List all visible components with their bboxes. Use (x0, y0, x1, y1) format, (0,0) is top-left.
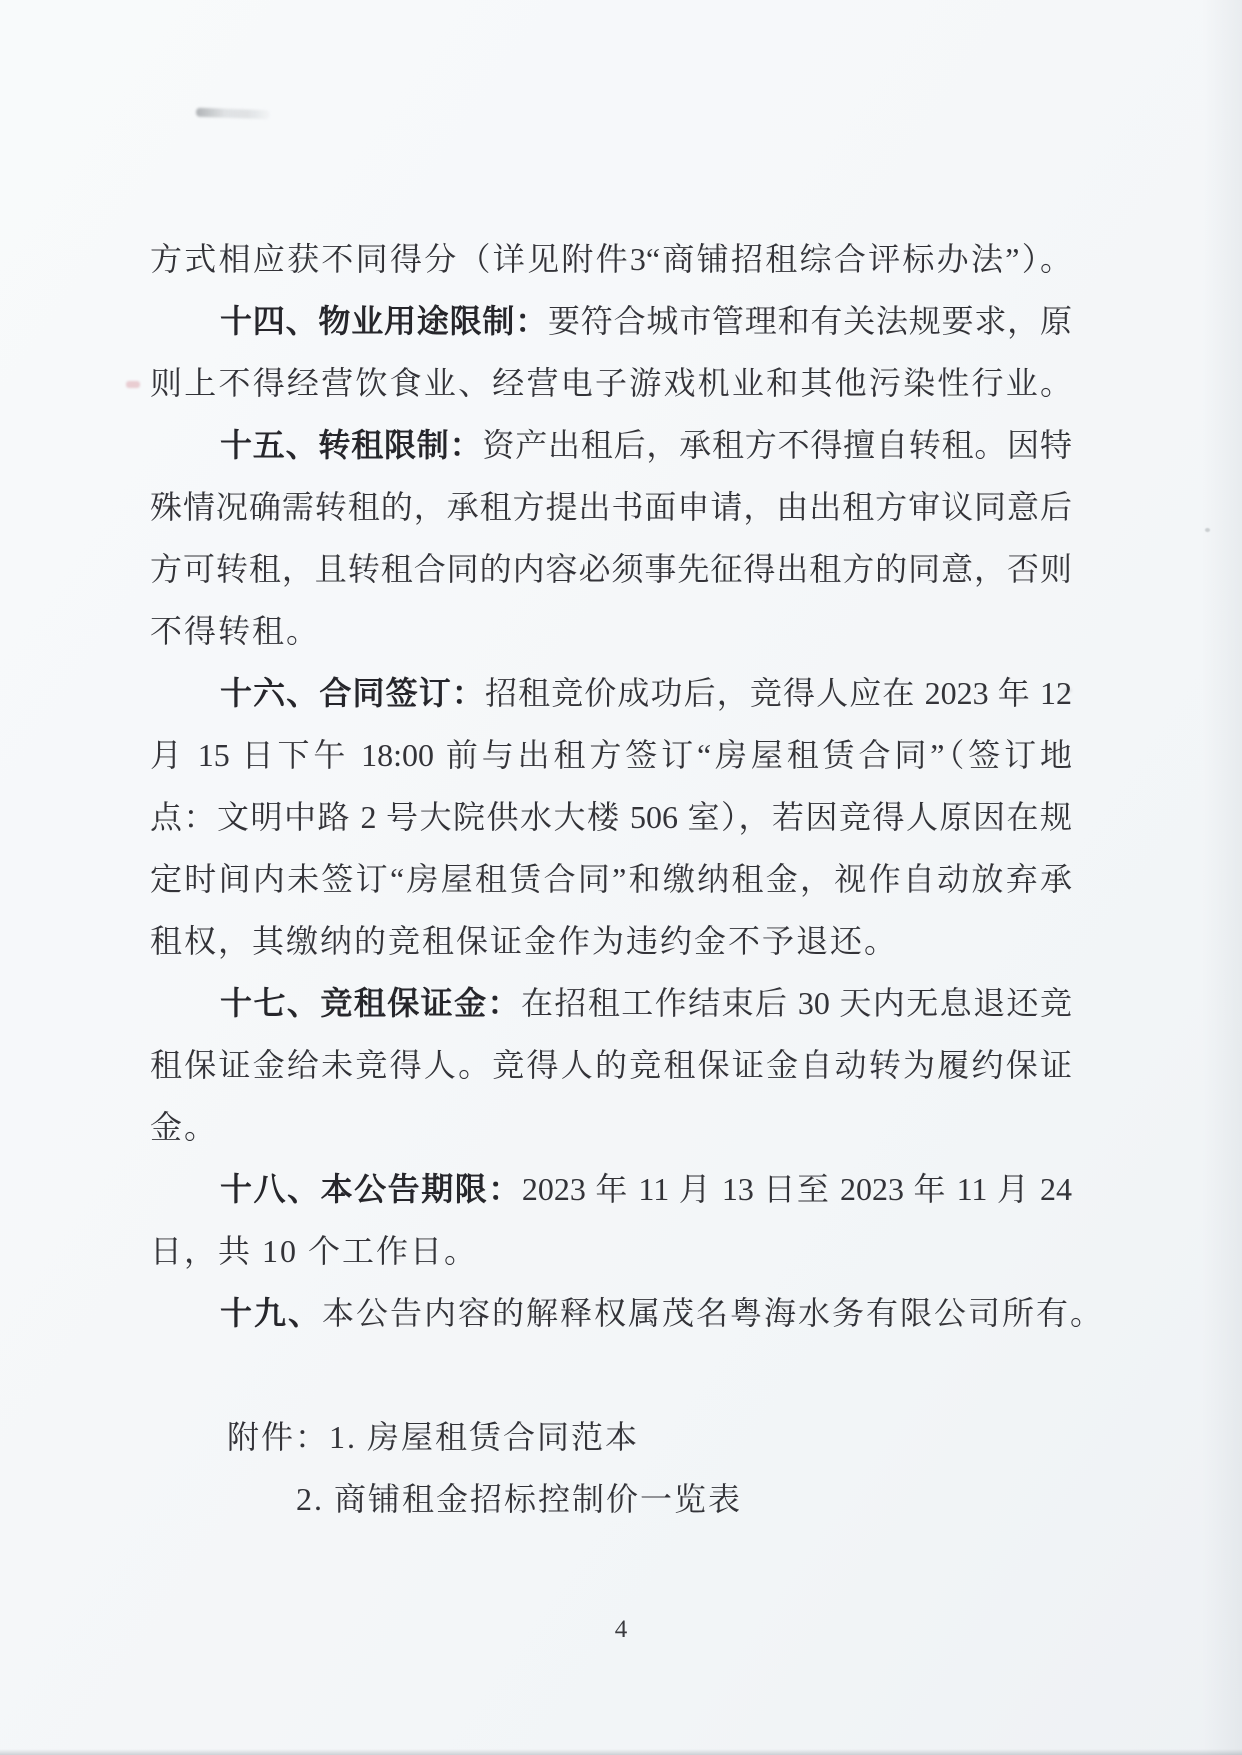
text-line: 不得转租。 (150, 600, 1072, 662)
text-line: 2. 商铺租金招标控制价一览表 (150, 1468, 1072, 1530)
body-text: 本公告内容的解释权属茂名粤海水务有限公司所有。 (322, 1295, 1104, 1331)
text-line: 定时间内未签订“房屋租赁合同”和缴纳租金，视作自动放弃承 (150, 848, 1072, 910)
section-heading: 十七、竞租保证金： (220, 985, 521, 1021)
section-heading: 十四、物业用途限制： (220, 303, 548, 339)
body-text: 租保证金给未竞得人。竞得人的竞租保证金自动转为履约保证 (150, 1047, 1072, 1083)
body-text: 则上不得经营饮食业、经营电子游戏机业和其他污染性行业。 (150, 365, 1072, 401)
section-heading: 十五、转租限制： (220, 427, 482, 463)
body-text: 2. 商铺租金招标控制价一览表 (296, 1481, 742, 1517)
text-lines: 方式相应获不同得分（详见附件3“商铺招租综合评标办法”）。十四、物业用途限制：要… (150, 228, 1072, 1530)
text-line: 租权，其缴纳的竞租保证金作为违约金不予退还。 (150, 910, 1072, 972)
text-line: 方式相应获不同得分（详见附件3“商铺招租综合评标办法”）。 (150, 228, 1072, 290)
body-text: 方式相应获不同得分（详见附件3“商铺招租综合评标办法”）。 (150, 241, 1072, 277)
body-text: 金。 (150, 1109, 218, 1145)
text-line: 金。 (150, 1096, 1072, 1158)
text-line: 十九、本公告内容的解释权属茂名粤海水务有限公司所有。 (150, 1282, 1072, 1344)
text-line: 方可转租，且转租合同的内容必须事先征得出租方的同意，否则 (150, 538, 1072, 600)
text-line: 租保证金给未竞得人。竞得人的竞租保证金自动转为履约保证 (150, 1034, 1072, 1096)
body-text: 月 15 日下午 18:00 前与出租方签订“房屋租赁合同”（签订地 (150, 737, 1072, 773)
text-line: 十八、本公告期限：2023 年 11 月 13 日至 2023 年 11 月 2… (150, 1158, 1072, 1220)
body-text: 点：文明中路 2 号大院供水大楼 506 室），若因竞得人原因在规 (150, 799, 1072, 835)
text-line: 则上不得经营饮食业、经营电子游戏机业和其他污染性行业。 (150, 352, 1072, 414)
document-page: 方式相应获不同得分（详见附件3“商铺招租综合评标办法”）。十四、物业用途限制：要… (0, 0, 1242, 1755)
text-line: 点：文明中路 2 号大院供水大楼 506 室），若因竞得人原因在规 (150, 786, 1072, 848)
body-text: 资产出租后，承租方不得擅自转租。因特 (482, 427, 1072, 463)
section-heading: 十六、合同签订： (220, 675, 485, 711)
body-text: 日，共 10 个工作日。 (150, 1233, 478, 1269)
body-text: 殊情况确需转租的，承租方提出书面申请，由出租方审议同意后 (150, 489, 1072, 525)
body-text: 不得转租。 (150, 613, 320, 649)
text-line: 日，共 10 个工作日。 (150, 1220, 1072, 1282)
body-text: 定时间内未签订“房屋租赁合同”和缴纳租金，视作自动放弃承 (150, 861, 1072, 897)
scan-shading (1202, 0, 1242, 1755)
text-line: 十四、物业用途限制：要符合城市管理和有关法规要求，原 (150, 290, 1072, 352)
body-text: 要符合城市管理和有关法规要求，原 (548, 303, 1072, 339)
body-text: 招租竞价成功后，竞得人应在 2023 年 12 (485, 675, 1072, 711)
text-line: 附件：1. 房屋租赁合同范本 (150, 1406, 1072, 1468)
scan-artifact (196, 108, 270, 120)
text-line: 十五、转租限制：资产出租后，承租方不得擅自转租。因特 (150, 414, 1072, 476)
text-line: 殊情况确需转租的，承租方提出书面申请，由出租方审议同意后 (150, 476, 1072, 538)
section-heading: 十九、 (220, 1295, 322, 1331)
section-heading: 十八、本公告期限： (220, 1171, 522, 1207)
text-line (150, 1344, 1072, 1406)
body-text: 2023 年 11 月 13 日至 2023 年 11 月 24 (522, 1171, 1072, 1207)
page-number: 4 (0, 1616, 1242, 1644)
scan-artifact (126, 381, 140, 388)
scan-shading (0, 1749, 1242, 1755)
text-line: 十七、竞租保证金：在招租工作结束后 30 天内无息退还竞 (150, 972, 1072, 1034)
body-text: 在招租工作结束后 30 天内无息退还竞 (521, 985, 1072, 1021)
text-line: 十六、合同签订：招租竞价成功后，竞得人应在 2023 年 12 (150, 662, 1072, 724)
body-text: 附件：1. 房屋租赁合同范本 (227, 1419, 639, 1455)
body-text: 方可转租，且转租合同的内容必须事先征得出租方的同意，否则 (150, 551, 1072, 587)
body-text: 租权，其缴纳的竞租保证金作为违约金不予退还。 (150, 923, 898, 959)
text-line: 月 15 日下午 18:00 前与出租方签订“房屋租赁合同”（签订地 (150, 724, 1072, 786)
